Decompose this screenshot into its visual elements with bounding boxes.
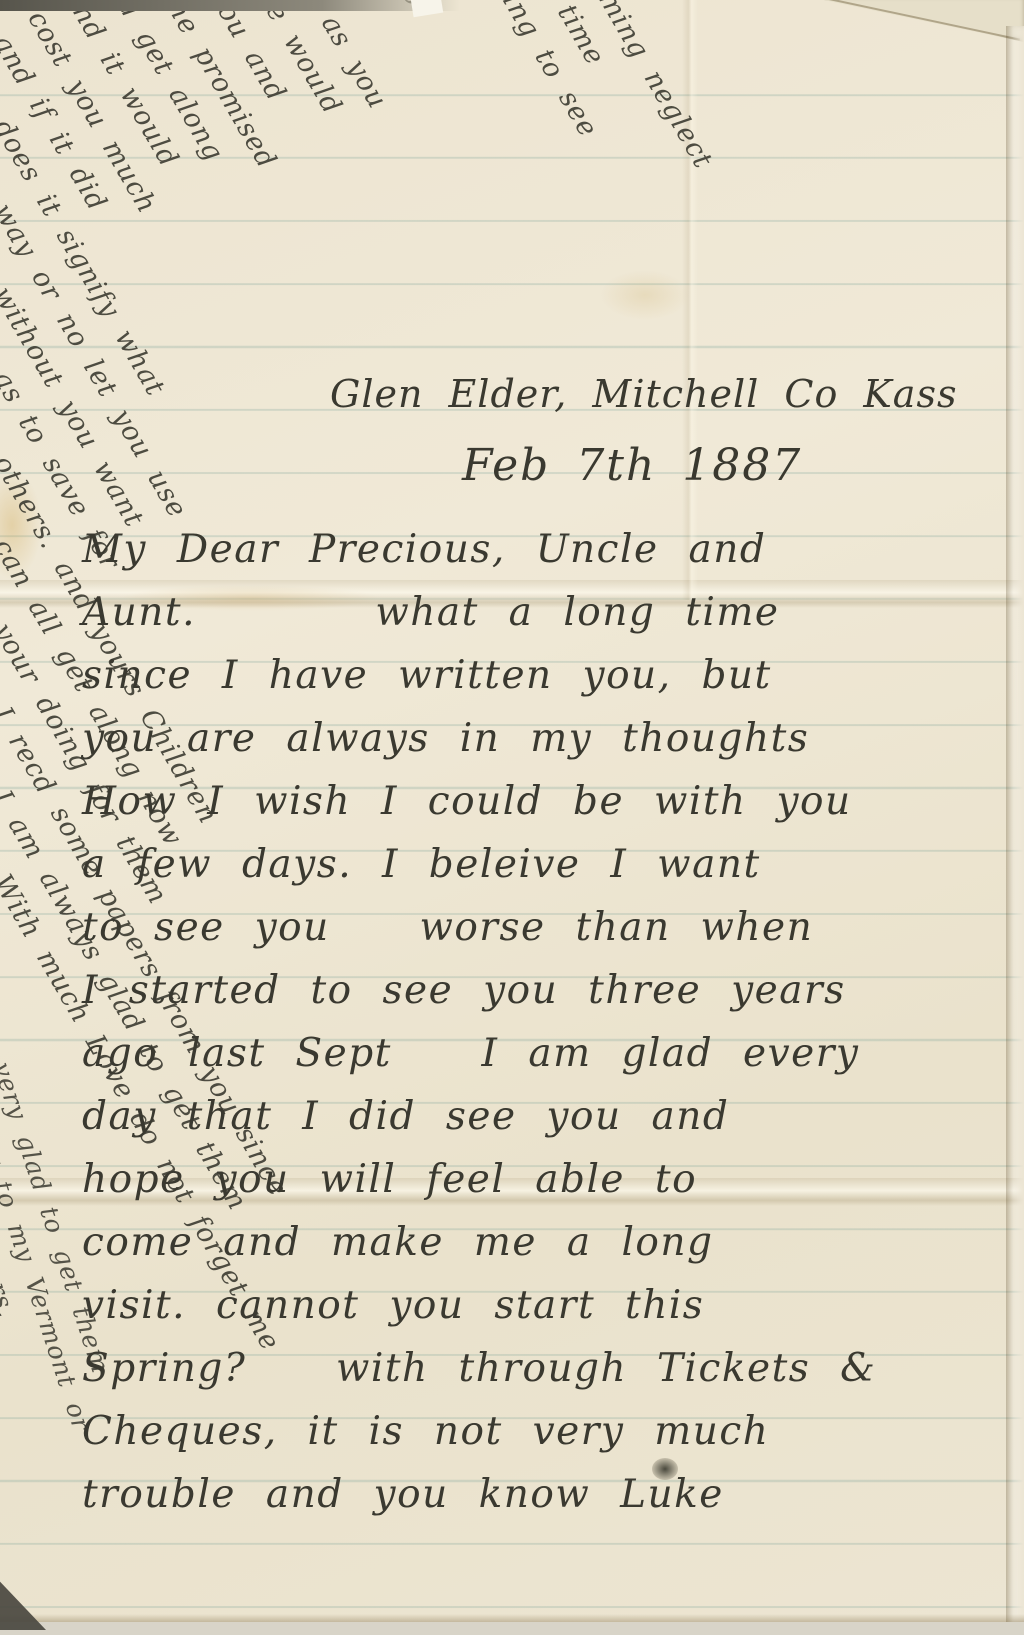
- page-top-edge: [0, 0, 460, 11]
- body-line: to see you worse than when: [82, 896, 1002, 959]
- body-line: hope you will feel able to: [82, 1148, 1002, 1211]
- body-line: a few days. I beleive I want: [82, 833, 1002, 896]
- letter-body: My Dear Precious, Uncle and Aunt. what a…: [82, 518, 1002, 1526]
- body-line: Cheques, it is not very much: [82, 1400, 1002, 1463]
- body-line: visit. cannot you start this: [82, 1274, 1002, 1337]
- body-line: Spring? with through Tickets &: [82, 1337, 1002, 1400]
- body-line: come and make me a long: [82, 1211, 1002, 1274]
- body-line: Aunt. what a long time: [82, 581, 1002, 644]
- date-line: Feb 7th 1887: [462, 440, 802, 491]
- body-line: you are always in my thoughts: [82, 707, 1002, 770]
- body-line: My Dear Precious, Uncle and: [82, 518, 1002, 581]
- location-line: Glen Elder, Mitchell Co Kass: [330, 372, 957, 416]
- body-line: How I wish I could be with you: [82, 770, 1002, 833]
- page-bottom-edge: [0, 1622, 1024, 1635]
- body-line: day that I did see you and: [82, 1085, 1002, 1148]
- body-line: since I have written you, but: [82, 644, 1002, 707]
- body-line: trouble and you know Luke: [82, 1463, 1002, 1526]
- body-line: I started to see you three years: [82, 959, 1002, 1022]
- body-line: ago last Sept I am glad every: [82, 1022, 1002, 1085]
- ink-blot: [652, 1458, 678, 1480]
- page-right-edge: [1006, 26, 1024, 1623]
- letter-page: will you forgive my seeming neglect writ…: [0, 0, 1024, 1635]
